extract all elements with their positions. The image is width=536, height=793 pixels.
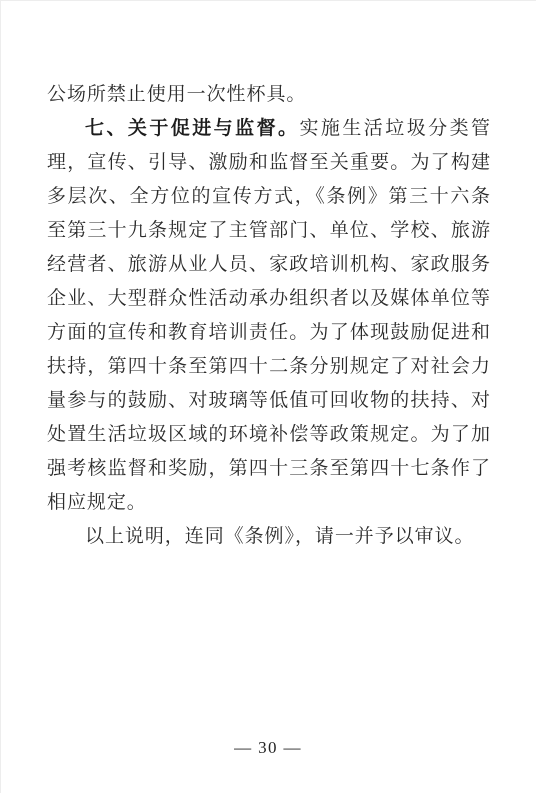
paragraph-continuation: 公场所禁止使用一次性杯具。 <box>47 78 491 112</box>
document-page: 公场所禁止使用一次性杯具。 七、关于促进与监督。实施生活垃圾分类管理，宣传、引导… <box>0 0 536 793</box>
closing-paragraph: 以上说明，连同《条例》，请一并予以审议。 <box>47 520 491 554</box>
section-paragraph: 七、关于促进与监督。实施生活垃圾分类管理，宣传、引导、激励和监督至关重要。为了构… <box>47 112 491 520</box>
page-number: — 30 — <box>0 738 536 758</box>
section-body-text: 实施生活垃圾分类管理，宣传、引导、激励和监督至关重要。为了构建多层次、全方位的宣… <box>47 118 491 513</box>
document-body: 公场所禁止使用一次性杯具。 七、关于促进与监督。实施生活垃圾分类管理，宣传、引导… <box>47 78 491 554</box>
section-heading: 七、关于促进与监督。 <box>85 118 299 139</box>
